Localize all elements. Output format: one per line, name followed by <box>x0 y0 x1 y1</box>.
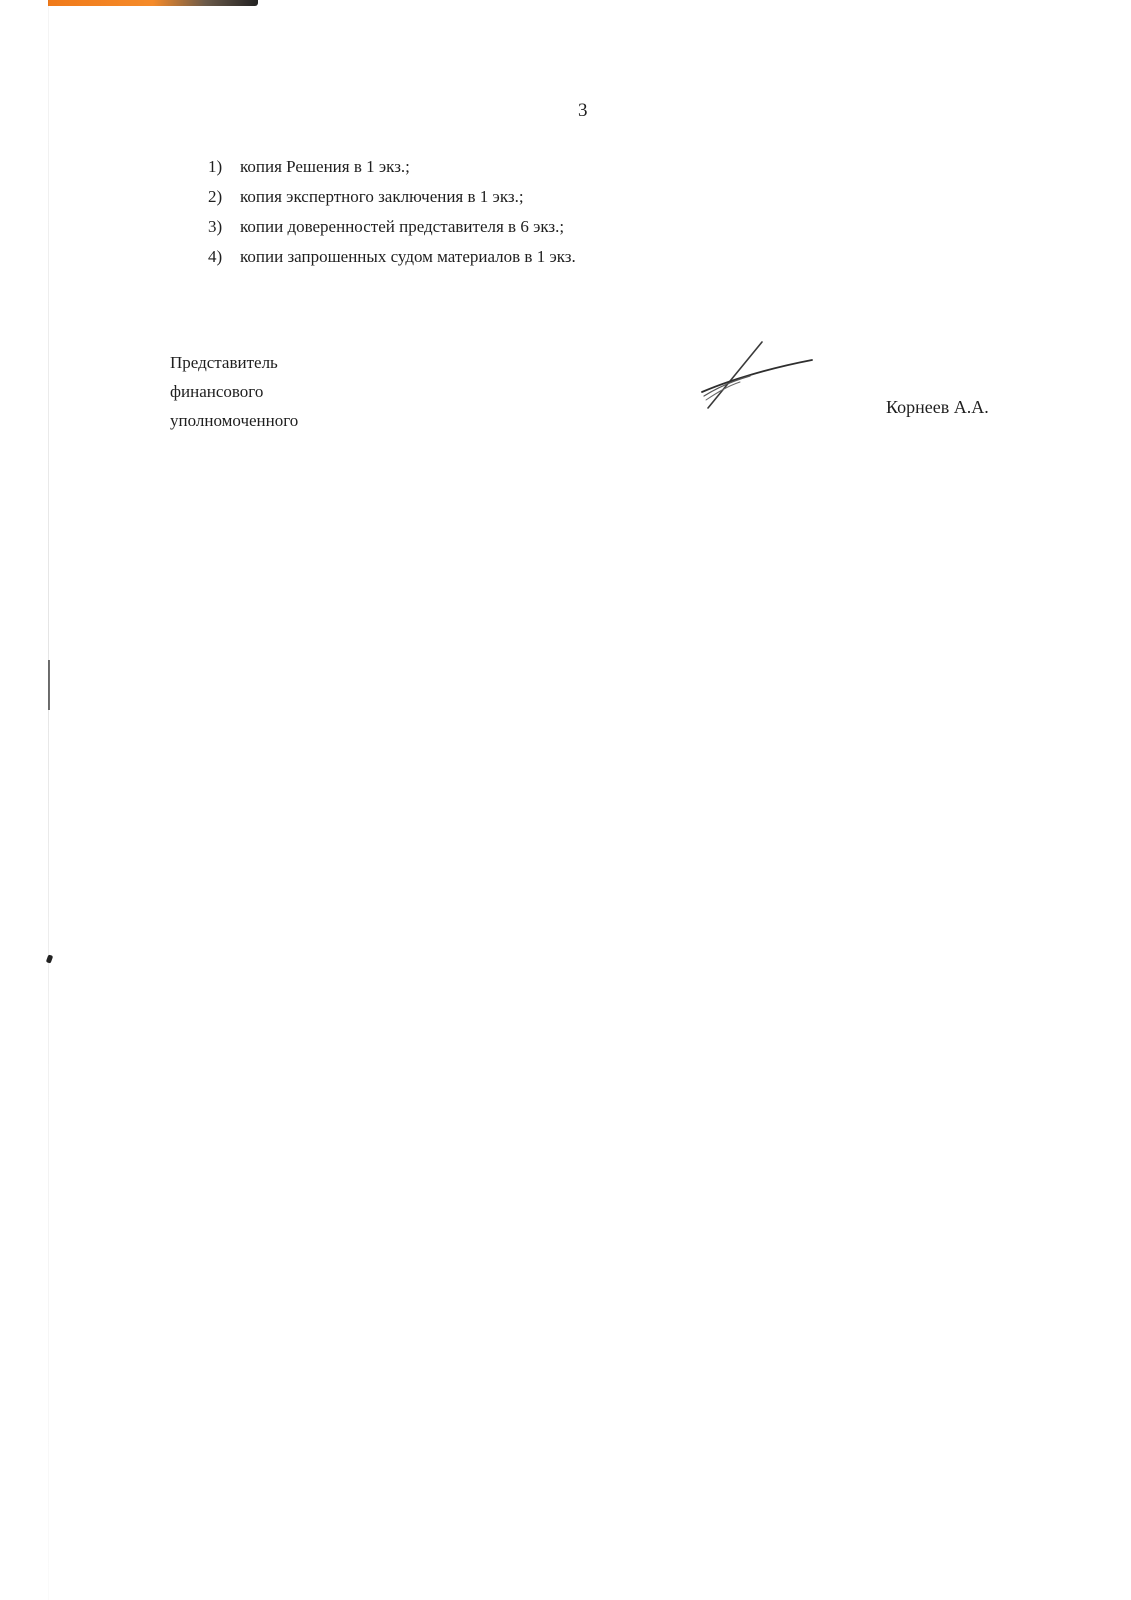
attachment-text: копии доверенностей представителя в 6 эк… <box>240 212 564 242</box>
page-number: 3 <box>578 100 588 122</box>
attachment-text: копия Решения в 1 экз.; <box>240 152 410 182</box>
page-edge-shadow <box>48 0 49 1600</box>
attachment-text: копии запрошенных судом материалов в 1 э… <box>240 242 576 272</box>
signatory-title-line: Представитель <box>170 348 298 377</box>
scan-speck <box>46 954 53 963</box>
binder-clip-edge <box>48 0 258 6</box>
signature-icon <box>700 340 830 420</box>
signatory-title: Представитель финансового уполномоченног… <box>170 348 298 435</box>
attachment-number: 1) <box>208 152 240 182</box>
attachment-item: 3) копии доверенностей представителя в 6… <box>208 212 576 242</box>
attachment-number: 4) <box>208 242 240 272</box>
signer-name: Корнеев А.А. <box>886 397 989 418</box>
attachment-number: 2) <box>208 182 240 212</box>
attachments-list: 1) копия Решения в 1 экз.; 2) копия эксп… <box>208 152 576 272</box>
attachment-item: 4) копии запрошенных судом материалов в … <box>208 242 576 272</box>
attachment-item: 2) копия экспертного заключения в 1 экз.… <box>208 182 576 212</box>
scan-edge-mark <box>48 660 50 710</box>
attachment-item: 1) копия Решения в 1 экз.; <box>208 152 576 182</box>
signatory-title-line: финансового <box>170 377 298 406</box>
attachment-number: 3) <box>208 212 240 242</box>
attachment-text: копия экспертного заключения в 1 экз.; <box>240 182 524 212</box>
signatory-title-line: уполномоченного <box>170 406 298 435</box>
